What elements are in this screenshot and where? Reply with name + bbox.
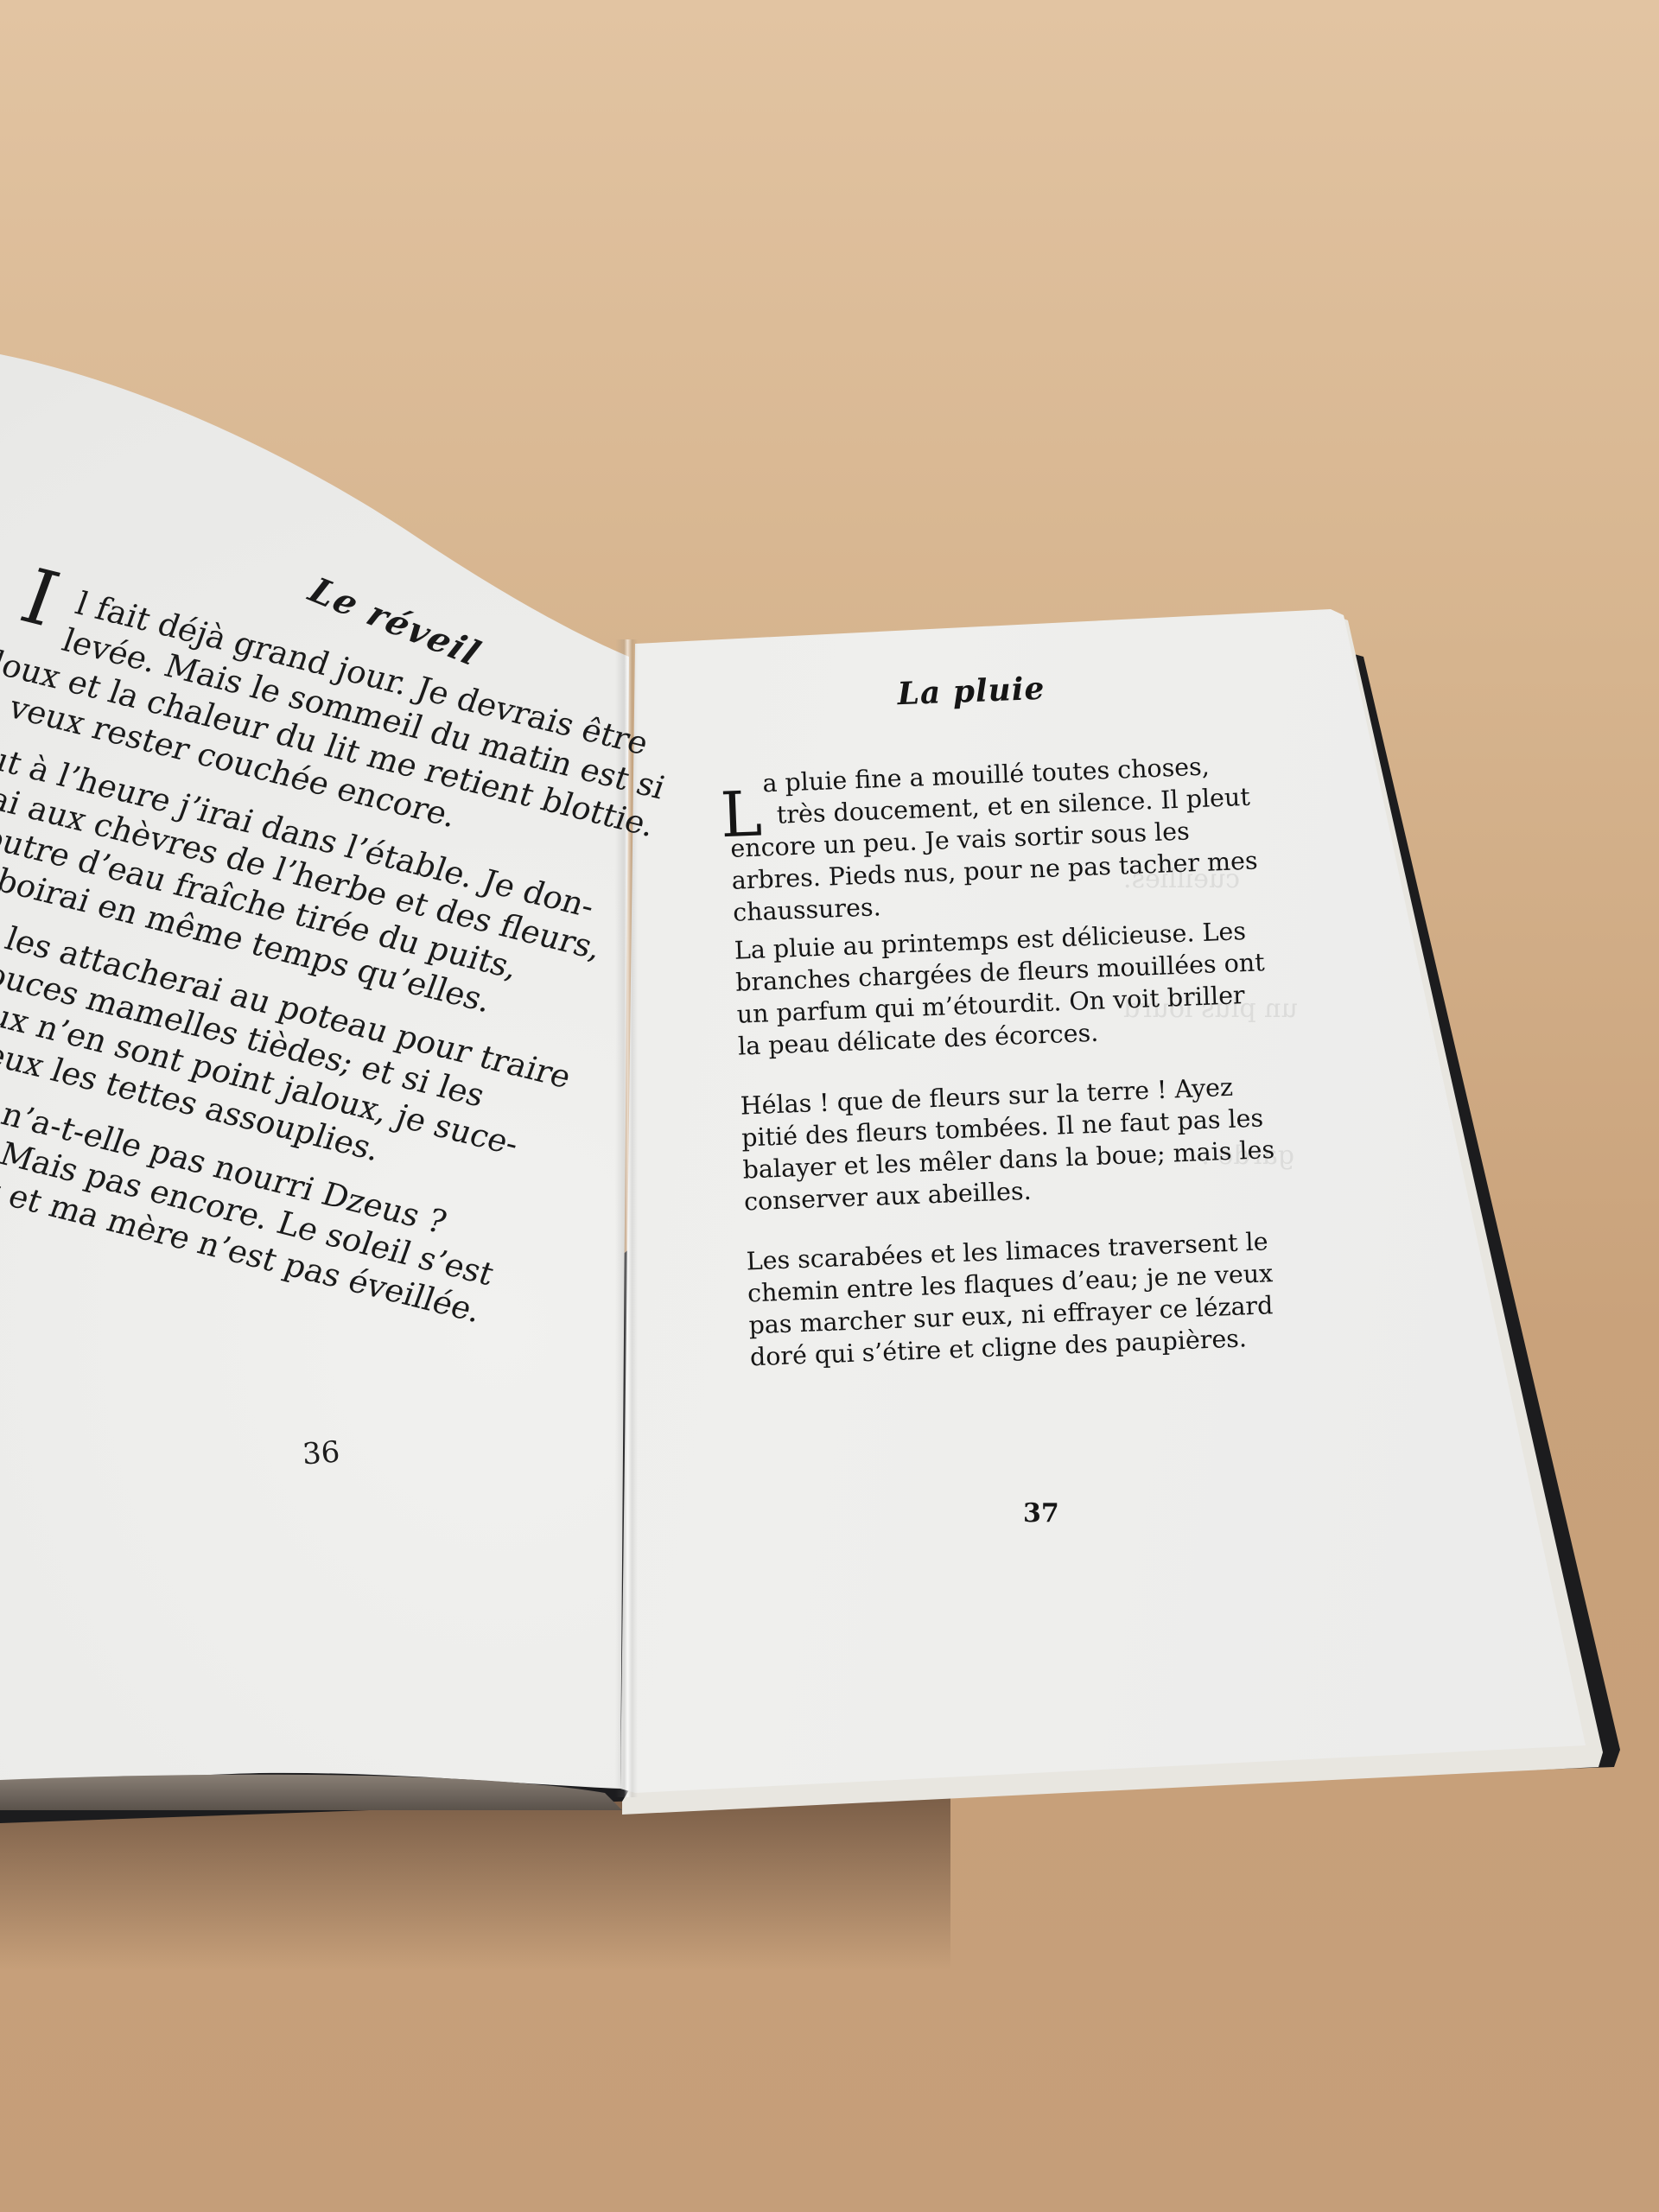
book-photo-scene: cueillies. un plus lourd garde : Le réve… bbox=[0, 0, 1659, 2212]
paragraph: a pluie fine a mouillé toutes choses, tr… bbox=[728, 747, 1287, 928]
right-body: La pluie au printemps est délicieuse. Le… bbox=[734, 912, 1338, 1402]
book-shadow bbox=[0, 1797, 950, 1970]
page-number-left: 36 bbox=[302, 1435, 341, 1472]
paragraph: La pluie au printemps est délicieuse. Le… bbox=[734, 912, 1325, 1063]
page-number-right: 37 bbox=[1023, 1498, 1059, 1529]
right-page-title: La pluie bbox=[897, 671, 1046, 713]
paragraph: Les scarabées et les limaces traversent … bbox=[746, 1223, 1338, 1373]
paragraph: Hélas ! que de fleurs sur la terre ! Aye… bbox=[740, 1068, 1332, 1218]
